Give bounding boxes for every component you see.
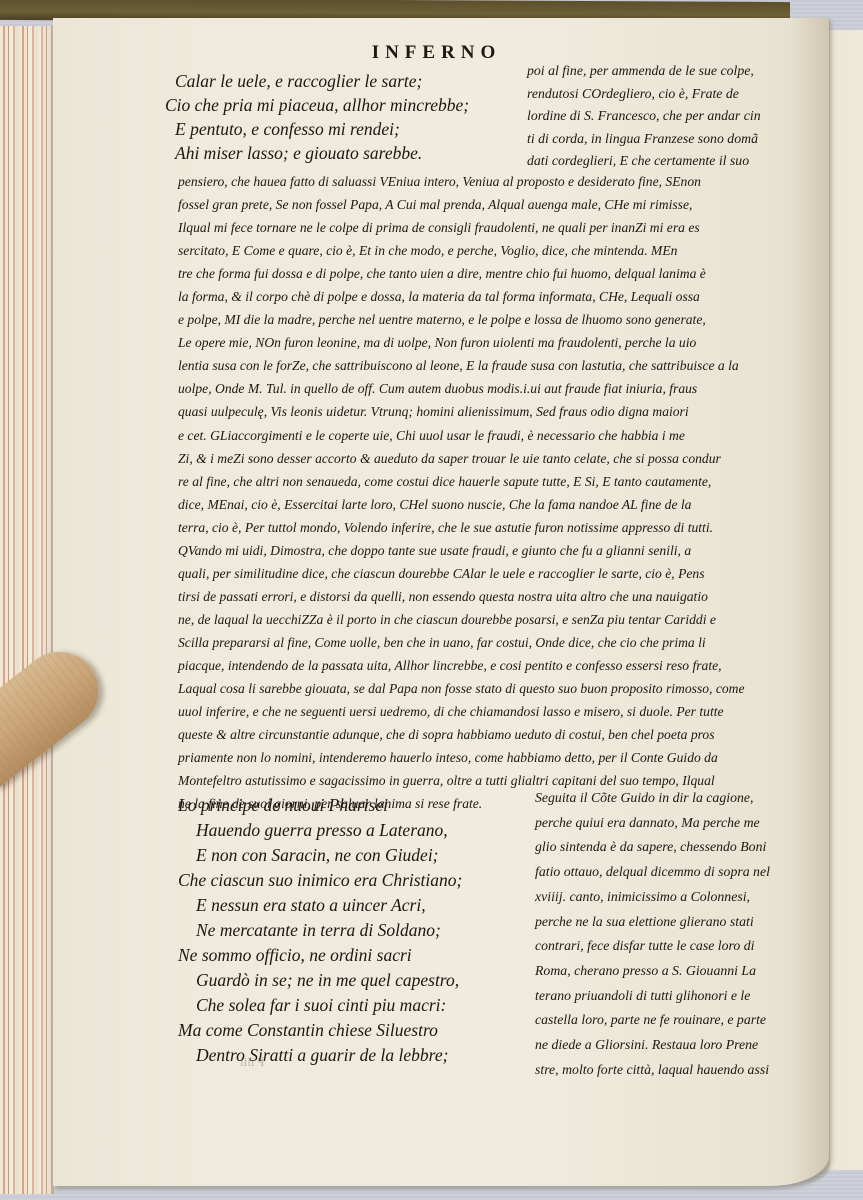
verse-line: E nessun era stato a uincer Acri, xyxy=(178,893,462,918)
commentary-line: uolpe, Onde M. Tul. in quello de off. Cu… xyxy=(178,377,745,400)
commentary-line: dice, MEnai, cio è, Essercitai larte lor… xyxy=(178,493,745,516)
commentary-line: glio sintenda è da sapere, chessendo Bon… xyxy=(535,835,770,860)
commentary-line: xviiij. canto, inimicissimo a Colonnesi, xyxy=(535,885,770,910)
commentary-line: e cet. GLiaccorgimenti e le coperte uie,… xyxy=(178,424,745,447)
commentary-line: rendutosi COrdegliero, cio è, Frate de xyxy=(527,83,761,106)
top-verse-block: Calar le uele, e raccoglier le sarte; Ci… xyxy=(175,69,469,165)
commentary-line: Ilqual mi fece tornare ne le colpe di pr… xyxy=(178,216,745,239)
verse-line: Che ciascun suo inimico era Christiano; xyxy=(178,868,462,893)
commentary-line: Le opere mie, NOn furon leonine, ma di u… xyxy=(178,331,745,354)
commentary-line: ne diede a Gliorsini. Restaua loro Prene xyxy=(535,1033,770,1058)
commentary-line: terra, cio è, Per tuttol mondo, Volendo … xyxy=(178,516,745,539)
commentary-line: Zi, & i meZi sono desser accorto & auedu… xyxy=(178,447,745,470)
verse-line: Ne mercatante in terra di Soldano; xyxy=(178,918,462,943)
commentary-line: pensiero, che hauea fatto di saluassi VE… xyxy=(178,170,745,193)
show-through-signature: P iiii xyxy=(240,1054,264,1070)
verse-line: Lo principe de nuoui Pharisei xyxy=(178,793,462,818)
commentary-line: uuol inferire, e che ne seguenti uersi u… xyxy=(178,700,745,723)
verse-line: Ahi miser lasso; e giouato sarebbe. xyxy=(175,141,469,165)
commentary-line: re al fine, che altri non senaueda, come… xyxy=(178,470,745,493)
top-commentary-right: poi al fine, per ammenda de le sue colpe… xyxy=(527,60,761,173)
verse-line: Ma come Constantin chiese Siluestro xyxy=(178,1018,462,1043)
commentary-line: e polpe, MI die la madre, perche nel uen… xyxy=(178,308,745,331)
verse-line: E pentuto, e confesso mi rendei; xyxy=(175,117,469,141)
page-curl-shadow xyxy=(790,18,830,1186)
commentary-line: perche ne la sua elettione glierano stat… xyxy=(535,910,770,935)
commentary-line: piacque, intendendo de la passata uita, … xyxy=(178,654,745,677)
commentary-line: queste & altre circunstantie adunque, ch… xyxy=(178,723,745,746)
page-stack-shadow xyxy=(40,26,54,1194)
verse-line: Calar le uele, e raccoglier le sarte; xyxy=(175,69,469,93)
commentary-line: Scilla prepararsi al fine, Come uolle, b… xyxy=(178,631,745,654)
verse-line: Che solea far i suoi cinti piu macri: xyxy=(178,993,462,1018)
commentary-line: Laqual cosa li sarebbe giouata, se dal P… xyxy=(178,677,745,700)
verse-line: Hauendo guerra presso a Laterano, xyxy=(178,818,462,843)
commentary-line: fossel gran prete, Se non fossel Papa, A… xyxy=(178,193,745,216)
commentary-line: perche quiui era dannato, Ma perche me xyxy=(535,811,770,836)
commentary-line: quali, per similitudine dice, che ciascu… xyxy=(178,562,745,585)
commentary-line: contrari, fece disfar tutte le case loro… xyxy=(535,934,770,959)
commentary-line: priamente non lo nomini, intenderemo hau… xyxy=(178,746,745,769)
bottom-commentary-right: Seguita il Cõte Guido in dir la cagione,… xyxy=(535,786,770,1082)
commentary-line: QVando mi uidi, Dimostra, che doppo tant… xyxy=(178,539,745,562)
commentary-line: lentia susa con le forZe, che sattribuis… xyxy=(178,354,745,377)
verse-line: E non con Saracin, ne con Giudei; xyxy=(178,843,462,868)
verse-line: Guardò in se; ne in me quel capestro, xyxy=(178,968,462,993)
commentary-line: quasi uulpeculę, Vis leonis uidetur. Vtr… xyxy=(178,400,745,423)
commentary-line: castella loro, parte ne fe rouinare, e p… xyxy=(535,1008,770,1033)
verse-line: Ne sommo officio, ne ordini sacri xyxy=(178,943,462,968)
commentary-line: Seguita il Cõte Guido in dir la cagione, xyxy=(535,786,770,811)
commentary-line: lordine di S. Francesco, che per andar c… xyxy=(527,105,761,128)
commentary-line: sercitato, E Come e quare, cio è, Et in … xyxy=(178,239,745,262)
verse-line: Cio che pria mi piaceua, allhor mincrebb… xyxy=(165,93,469,117)
commentary-line: Roma, cherano presso a S. Giouanni La xyxy=(535,959,770,984)
commentary-line: poi al fine, per ammenda de le sue colpe… xyxy=(527,60,761,83)
commentary-line: ne, de laqual la uecchiZZa è il porto in… xyxy=(178,608,745,631)
main-commentary: pensiero, che hauea fatto di saluassi VE… xyxy=(178,170,745,815)
commentary-line: tre che forma fui dossa e di polpe, che … xyxy=(178,262,745,285)
commentary-line: la forma, & il corpo chè di polpe e doss… xyxy=(178,285,745,308)
commentary-line: tirsi de passati errori, e distorsi da q… xyxy=(178,585,745,608)
commentary-line: stre, molto forte città, laqual hauendo … xyxy=(535,1058,770,1083)
verse-line: Dentro Siratti a guarir de la lebbre; xyxy=(178,1043,462,1068)
commentary-line: terano priuandoli di tutti glihonori e l… xyxy=(535,984,770,1009)
bottom-verse-block: Lo principe de nuoui Pharisei Hauendo gu… xyxy=(178,793,462,1068)
commentary-line: fatio ottauo, delqual dicemmo di sopra n… xyxy=(535,860,770,885)
commentary-line: ti di corda, in lingua Franzese sono dom… xyxy=(527,128,761,151)
